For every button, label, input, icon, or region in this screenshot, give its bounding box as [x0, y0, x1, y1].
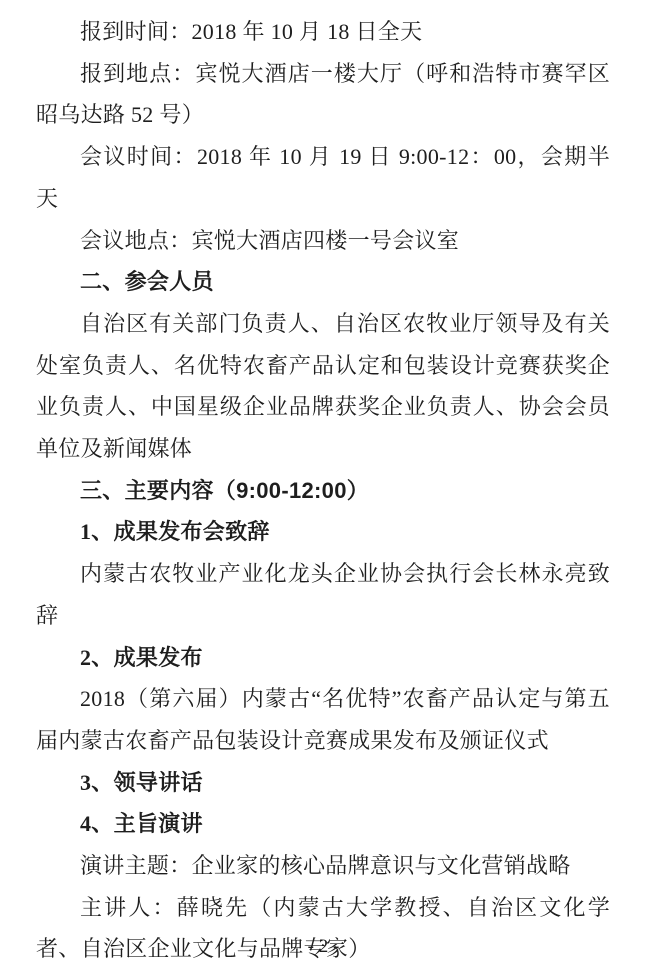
para-meeting-location: 会议地点：宾悦大酒店四楼一号会议室 — [36, 220, 610, 262]
para-results-release: 2018（第六届）内蒙古“名优特”农畜产品认定与第五届内蒙古农畜产品包装设计竞赛… — [36, 678, 610, 761]
para-speech-topic: 演讲主题：企业家的核心品牌意识与文化营销战略 — [36, 845, 610, 887]
heading-section-agenda: 三、主要内容（9:00-12:00） — [36, 470, 610, 512]
para-checkin-time: 报到时间：2018 年 10 月 18 日全天 — [36, 11, 610, 53]
heading-agenda-item-1: 1、成果发布会致辞 — [36, 511, 610, 553]
heading-agenda-item-2: 2、成果发布 — [36, 637, 610, 679]
para-attendees-list: 自治区有关部门负责人、自治区农牧业厅领导及有关处室负责人、名优特农畜产品认定和包… — [36, 303, 610, 470]
page-number: - 2 - — [0, 937, 647, 957]
document-page: 报到时间：2018 年 10 月 18 日全天 报到地点：宾悦大酒店一楼大厅（呼… — [0, 0, 647, 965]
heading-section-attendees: 二、参会人员 — [36, 261, 610, 303]
para-opening-speech: 内蒙古农牧业产业化龙头企业协会执行会长林永亮致辞 — [36, 553, 610, 636]
para-meeting-time: 会议时间：2018 年 10 月 19 日 9:00-12：00，会期半天 — [36, 136, 610, 219]
heading-agenda-item-4: 4、主旨演讲 — [36, 803, 610, 845]
para-checkin-location: 报到地点：宾悦大酒店一楼大厅（呼和浩特市赛罕区昭乌达路 52 号） — [36, 53, 610, 136]
heading-agenda-item-3: 3、领导讲话 — [36, 762, 610, 804]
